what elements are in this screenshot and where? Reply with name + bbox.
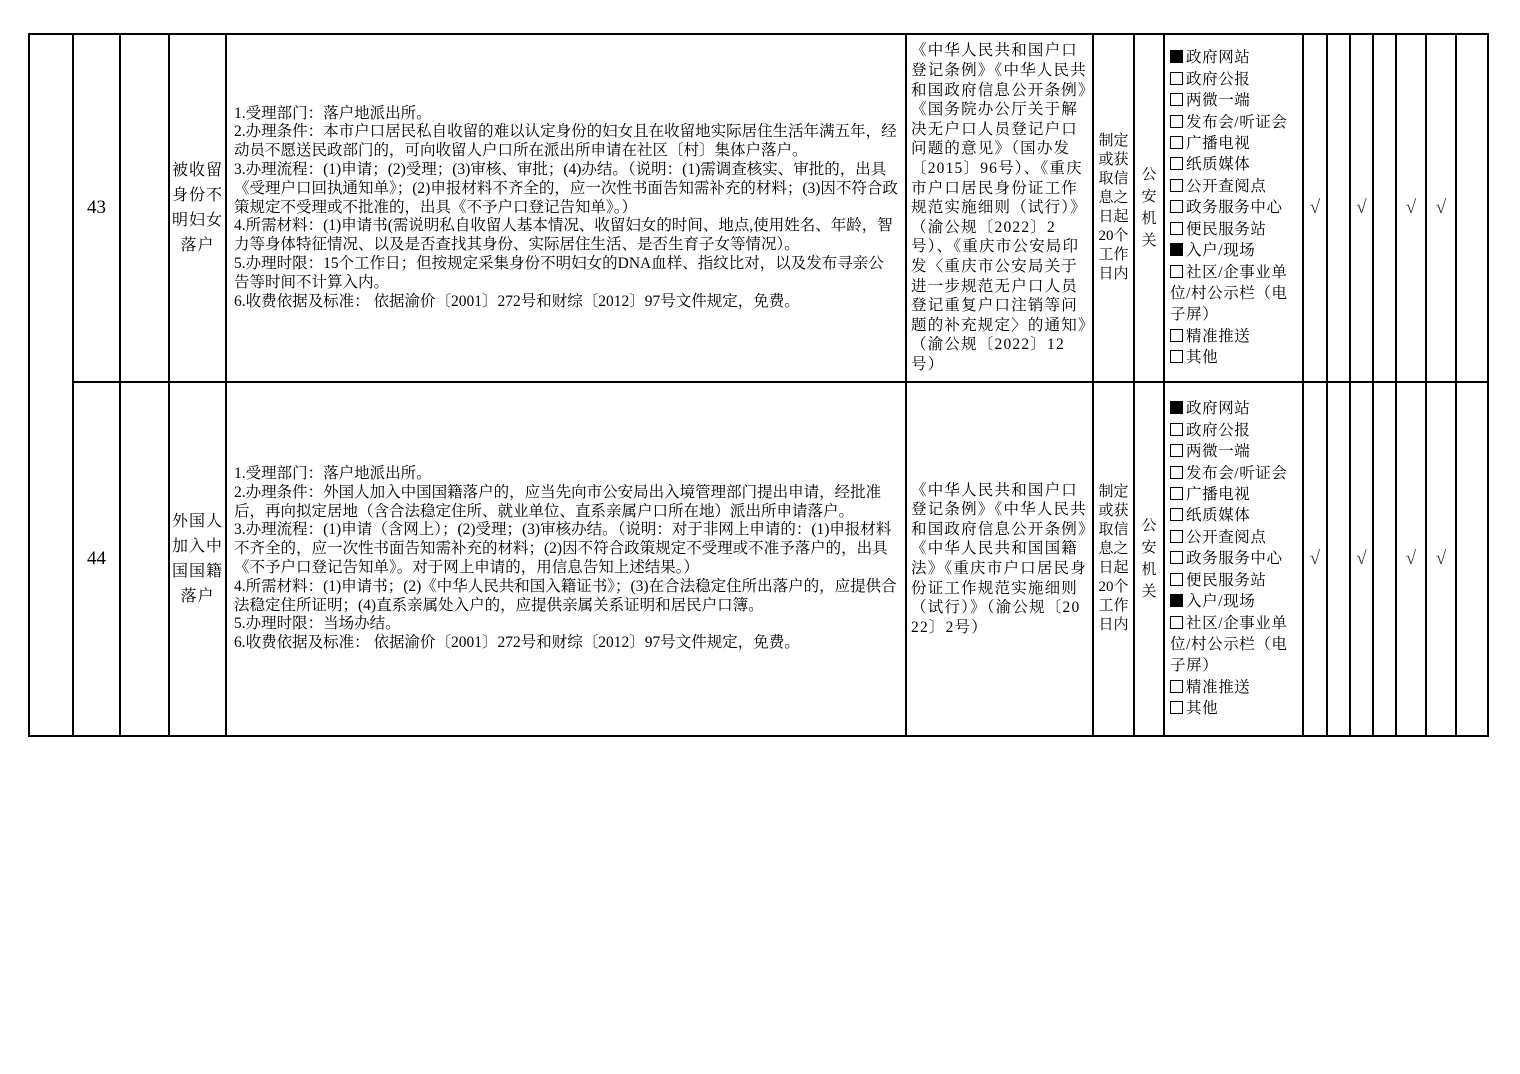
channels-cell: 政府网站 政府公报 两微一端 发布会/听证会 广播电视 纸质媒体 公开查阅点 政… bbox=[1165, 35, 1304, 383]
mark-cell bbox=[1328, 383, 1351, 735]
channel-label: 政务服务中心 bbox=[1186, 550, 1283, 567]
channel-label: 便民服务站 bbox=[1186, 572, 1267, 589]
check-mark: √ bbox=[1310, 548, 1320, 570]
channel-item: 政府公报 bbox=[1170, 420, 1299, 441]
checkbox-icon bbox=[1170, 222, 1183, 235]
agency-cell: 公安机关 bbox=[1135, 383, 1165, 735]
mark-cell bbox=[1457, 383, 1487, 735]
channel-item: 政府网站 bbox=[1170, 47, 1299, 68]
spacer-cell bbox=[30, 35, 74, 735]
document-page: 43 被收留身份不明妇女落户 1.受理部门：落户地派出所。 2.办理条件：本市户… bbox=[0, 0, 1520, 1074]
checkbox-icon bbox=[1170, 265, 1183, 278]
procedure-line: 3.办理流程：(1)申请；(2)受理；(3)审核、审批；(4)办结。（说明：(1… bbox=[234, 161, 898, 217]
time-limit-cell: 制定或获取信息之日起20个工作日内 bbox=[1094, 383, 1135, 735]
checkbox-icon bbox=[1170, 243, 1183, 256]
channel-item: 纸质媒体 bbox=[1170, 505, 1299, 526]
time-limit-text: 制定或获取信息之日起20个工作日内 bbox=[1097, 132, 1130, 284]
channel-label: 两微一端 bbox=[1186, 443, 1250, 460]
legal-basis-cell: 《中华人民共和国户口登记条例》《中华人民共和国政府信息公开条例》《国务院办公厅关… bbox=[907, 35, 1094, 383]
channel-label: 公开查阅点 bbox=[1186, 529, 1267, 546]
mark-cell bbox=[1374, 383, 1397, 735]
channel-label: 入户/现场 bbox=[1186, 242, 1255, 259]
channel-item: 其他 bbox=[1170, 698, 1299, 719]
empty-cell bbox=[121, 383, 170, 735]
item-name: 外国人加入中国国籍落户 bbox=[172, 509, 223, 609]
procedure-line: 6.收费依据及标准： 依据渝价〔2001〕272号和财综〔2012〕97号文件规… bbox=[234, 634, 898, 653]
checkbox-icon bbox=[1170, 466, 1183, 479]
seq-number: 43 bbox=[87, 197, 106, 219]
item-name-cell: 被收留身份不明妇女落户 bbox=[170, 35, 227, 383]
checkbox-icon bbox=[1170, 72, 1183, 85]
checkbox-icon bbox=[1170, 136, 1183, 149]
checkbox-icon bbox=[1170, 179, 1183, 192]
channel-item: 入户/现场 bbox=[1170, 240, 1299, 261]
channel-label: 政务服务中心 bbox=[1186, 199, 1283, 216]
legal-basis-text: 《中华人民共和国户口登记条例》《中华人民共和国政府信息公开条例》《国务院办公厅关… bbox=[911, 41, 1088, 374]
channel-item: 纸质媒体 bbox=[1170, 154, 1299, 175]
checkbox-icon bbox=[1170, 551, 1183, 564]
channel-label: 政府网站 bbox=[1186, 400, 1250, 417]
disclosure-table: 43 被收留身份不明妇女落户 1.受理部门：落户地派出所。 2.办理条件：本市户… bbox=[28, 33, 1489, 737]
channel-item: 社区/企事业单位/村公示栏（电子屏） bbox=[1170, 613, 1299, 677]
channel-item: 广播电视 bbox=[1170, 133, 1299, 154]
channel-label: 政府公报 bbox=[1186, 422, 1250, 439]
agency-cell: 公安机关 bbox=[1135, 35, 1165, 383]
channel-label: 其他 bbox=[1186, 349, 1218, 366]
check-mark: √ bbox=[1436, 197, 1446, 219]
channel-label: 公开查阅点 bbox=[1186, 178, 1267, 195]
mark-cell: √ bbox=[1427, 383, 1457, 735]
channel-label: 社区/企事业单位/村公示栏（电子屏） bbox=[1170, 615, 1288, 675]
procedure-line: 2.办理条件：外国人加入中国国籍落户的，应当先向市公安局出入境管理部门提出申请，… bbox=[234, 484, 898, 522]
channel-item: 便民服务站 bbox=[1170, 219, 1299, 240]
item-name: 被收留身份不明妇女落户 bbox=[172, 158, 223, 258]
checkbox-icon bbox=[1170, 157, 1183, 170]
checkbox-icon bbox=[1170, 487, 1183, 500]
checkbox-icon bbox=[1170, 444, 1183, 457]
legal-basis-cell: 《中华人民共和国户口登记条例》《中华人民共和国政府信息公开条例》《中华人民共和国… bbox=[907, 383, 1094, 735]
procedure-line: 1.受理部门：落户地派出所。 bbox=[234, 105, 898, 124]
procedure-line: 2.办理条件：本市户口居民私自收留的难以认定身份的妇女且在收留地实际居住生活年满… bbox=[234, 123, 898, 161]
empty-cell bbox=[121, 35, 170, 383]
checkbox-icon bbox=[1170, 680, 1183, 693]
agency-text: 公安机关 bbox=[1141, 164, 1157, 252]
channel-item: 公开查阅点 bbox=[1170, 527, 1299, 548]
check-mark: √ bbox=[1356, 548, 1366, 570]
channel-item: 政府公报 bbox=[1170, 69, 1299, 90]
procedure-cell: 1.受理部门：落户地派出所。 2.办理条件：本市户口居民私自收留的难以认定身份的… bbox=[227, 35, 907, 383]
mark-cell: √ bbox=[1304, 35, 1328, 383]
checkbox-icon bbox=[1170, 115, 1183, 128]
procedure-line: 4.所需材料：(1)申请书；(2)《中华人民共和国入籍证书》；(3)在合法稳定住… bbox=[234, 578, 898, 616]
mark-cell bbox=[1328, 35, 1351, 383]
procedure-line: 6.收费依据及标准： 依据渝价〔2001〕272号和财综〔2012〕97号文件规… bbox=[234, 293, 898, 312]
channel-label: 政府网站 bbox=[1186, 49, 1250, 66]
channel-item: 社区/企事业单位/村公示栏（电子屏） bbox=[1170, 262, 1299, 326]
procedure-line: 5.办理时限：当场办结。 bbox=[234, 615, 898, 634]
channel-label: 政府公报 bbox=[1186, 71, 1250, 88]
seq-number: 44 bbox=[87, 548, 106, 570]
channel-label: 社区/企事业单位/村公示栏（电子屏） bbox=[1170, 264, 1288, 324]
seq-cell: 44 bbox=[74, 383, 121, 735]
check-mark: √ bbox=[1406, 548, 1416, 570]
channel-label: 广播电视 bbox=[1186, 486, 1250, 503]
channel-label: 其他 bbox=[1186, 700, 1218, 717]
channel-label: 便民服务站 bbox=[1186, 221, 1267, 238]
checkbox-icon bbox=[1170, 701, 1183, 714]
check-mark: √ bbox=[1310, 197, 1320, 219]
channel-label: 两微一端 bbox=[1186, 92, 1250, 109]
procedure-cell: 1.受理部门：落户地派出所。 2.办理条件：外国人加入中国国籍落户的，应当先向市… bbox=[227, 383, 907, 735]
mark-cell: √ bbox=[1397, 35, 1427, 383]
channel-label: 发布会/听证会 bbox=[1186, 465, 1288, 482]
channels-cell: 政府网站 政府公报 两微一端 发布会/听证会 广播电视 纸质媒体 公开查阅点 政… bbox=[1165, 383, 1304, 735]
time-limit-text: 制定或获取信息之日起20个工作日内 bbox=[1097, 483, 1130, 635]
checkbox-icon bbox=[1170, 594, 1183, 607]
mark-cell bbox=[1374, 35, 1397, 383]
channel-item: 发布会/听证会 bbox=[1170, 112, 1299, 133]
channel-label: 广播电视 bbox=[1186, 135, 1250, 152]
channel-item: 其他 bbox=[1170, 347, 1299, 368]
check-mark: √ bbox=[1406, 197, 1416, 219]
check-mark: √ bbox=[1436, 548, 1446, 570]
mark-cell: √ bbox=[1351, 383, 1374, 735]
channel-item: 便民服务站 bbox=[1170, 570, 1299, 591]
channel-item: 政务服务中心 bbox=[1170, 548, 1299, 569]
mark-cell: √ bbox=[1304, 383, 1328, 735]
checkbox-icon bbox=[1170, 93, 1183, 106]
procedure-line: 4.所需材料：(1)申请书(需说明私自收留人基本情况、收留妇女的时间、地点,使用… bbox=[234, 217, 898, 255]
channel-item: 政府网站 bbox=[1170, 398, 1299, 419]
channel-item: 政务服务中心 bbox=[1170, 197, 1299, 218]
checkbox-icon bbox=[1170, 200, 1183, 213]
seq-cell: 43 bbox=[74, 35, 121, 383]
checkbox-icon bbox=[1170, 350, 1183, 363]
check-mark: √ bbox=[1356, 197, 1366, 219]
checkbox-icon bbox=[1170, 423, 1183, 436]
channel-label: 纸质媒体 bbox=[1186, 156, 1250, 173]
mark-cell bbox=[1457, 35, 1487, 383]
channel-item: 入户/现场 bbox=[1170, 591, 1299, 612]
mark-cell: √ bbox=[1427, 35, 1457, 383]
channel-item: 精准推送 bbox=[1170, 677, 1299, 698]
channel-label: 入户/现场 bbox=[1186, 593, 1255, 610]
checkbox-icon bbox=[1170, 616, 1183, 629]
legal-basis-text: 《中华人民共和国户口登记条例》《中华人民共和国政府信息公开条例》《中华人民共和国… bbox=[911, 481, 1088, 638]
channel-item: 广播电视 bbox=[1170, 484, 1299, 505]
channel-label: 纸质媒体 bbox=[1186, 507, 1250, 524]
procedure-line: 5.办理时限：15个工作日；但按规定采集身份不明妇女的DNA血样、指纹比对，以及… bbox=[234, 255, 898, 293]
channel-label: 发布会/听证会 bbox=[1186, 114, 1288, 131]
mark-cell: √ bbox=[1351, 35, 1374, 383]
time-limit-cell: 制定或获取信息之日起20个工作日内 bbox=[1094, 35, 1135, 383]
procedure-line: 3.办理流程：(1)申请（含网上）；(2)受理；(3)审核办结。（说明：对于非网… bbox=[234, 521, 898, 577]
channel-item: 两微一端 bbox=[1170, 90, 1299, 111]
checkbox-icon bbox=[1170, 573, 1183, 586]
channel-item: 发布会/听证会 bbox=[1170, 463, 1299, 484]
channel-item: 精准推送 bbox=[1170, 326, 1299, 347]
checkbox-icon bbox=[1170, 530, 1183, 543]
channel-label: 精准推送 bbox=[1186, 328, 1250, 345]
checkbox-icon bbox=[1170, 50, 1183, 63]
channel-label: 精准推送 bbox=[1186, 679, 1250, 696]
procedure-line: 1.受理部门：落户地派出所。 bbox=[234, 465, 898, 484]
checkbox-icon bbox=[1170, 401, 1183, 414]
checkbox-icon bbox=[1170, 508, 1183, 521]
agency-text: 公安机关 bbox=[1141, 515, 1157, 603]
channel-item: 公开查阅点 bbox=[1170, 176, 1299, 197]
channel-item: 两微一端 bbox=[1170, 441, 1299, 462]
checkbox-icon bbox=[1170, 329, 1183, 342]
mark-cell: √ bbox=[1397, 383, 1427, 735]
item-name-cell: 外国人加入中国国籍落户 bbox=[170, 383, 227, 735]
